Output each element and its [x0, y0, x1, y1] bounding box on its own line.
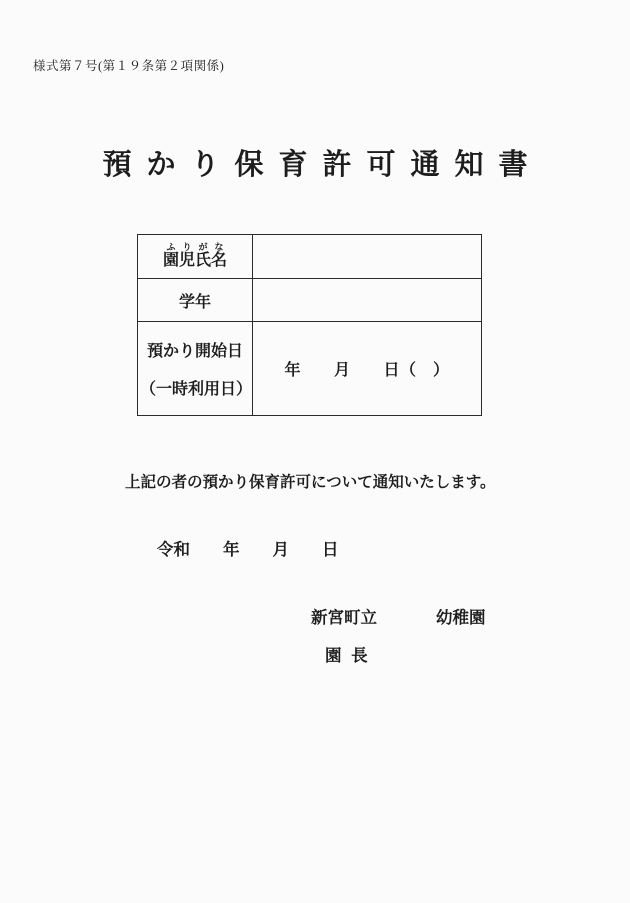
table-row-child-name: ふりがな 園児氏名: [138, 235, 482, 279]
table-row-start-date: 預かり開始日 （一時利用日） 年 月 日（ ）: [138, 322, 482, 416]
child-name-label: 園児氏名: [163, 253, 227, 270]
child-name-label-stack: ふりがな 園児氏名: [138, 243, 252, 269]
grade-label: 学年: [138, 279, 253, 322]
organization-line: 新宮町立 幼稚園: [311, 604, 486, 628]
grade-value-cell: [253, 279, 482, 322]
table-row-grade: 学年: [138, 279, 482, 322]
document-page: 様式第７号(第１９条第２項関係) 預かり保育許可通知書 ふりがな 園児氏名 学年: [0, 0, 630, 903]
child-name-value-cell: [253, 235, 482, 279]
issue-date-line: 令和 年 月 日: [157, 536, 339, 560]
kindergarten-suffix: 幼稚園: [436, 604, 486, 628]
form-number: 様式第７号(第１９条第２項関係): [33, 56, 224, 74]
temporary-use-label: （一時利用日）: [140, 376, 252, 399]
start-date-label-stack: 預かり開始日 （一時利用日）: [138, 322, 252, 415]
child-name-label-cell: ふりがな 園児氏名: [138, 235, 253, 279]
start-date-label-cell: 預かり開始日 （一時利用日）: [138, 322, 253, 416]
org-name-prefix: 新宮町立: [311, 604, 377, 628]
start-date-label: 預かり開始日: [147, 338, 252, 361]
notice-text: 上記の者の預かり保育許可について通知いたします。: [125, 470, 495, 492]
applicant-table: ふりがな 園児氏名 学年 預かり開始日 （一時利用日） 年 月 日（ ）: [137, 234, 482, 416]
start-date-value-cell: 年 月 日（ ）: [253, 322, 482, 416]
principal-title: 園 長: [325, 642, 368, 666]
document-title: 預かり保育許可通知書: [0, 142, 630, 183]
